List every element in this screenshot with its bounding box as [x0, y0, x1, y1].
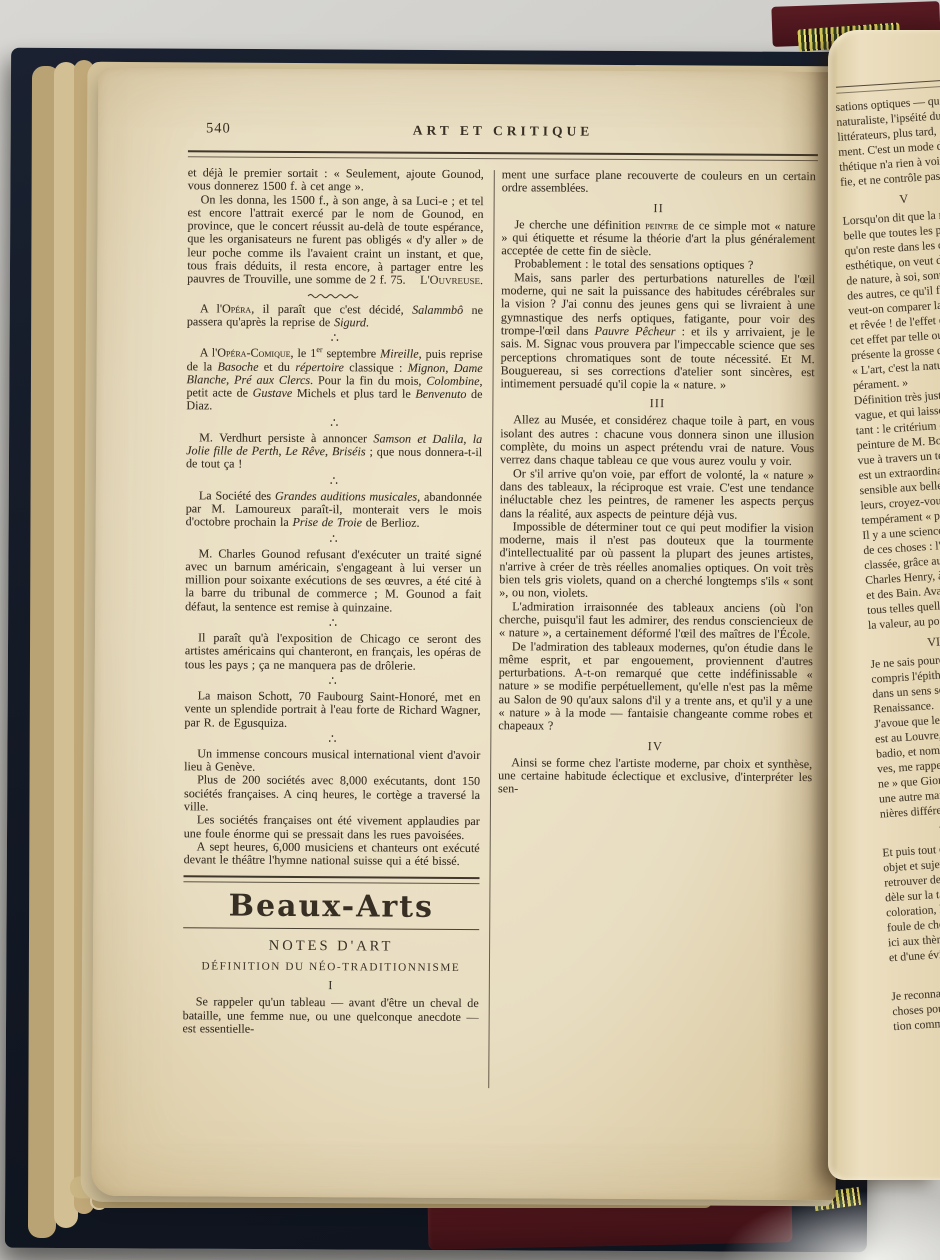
paragraph: Se rappeler qu'un tableau — avant d'être…: [183, 996, 479, 1038]
next-page: sations optiques — quinaturaliste, l'ips…: [828, 30, 940, 1180]
paragraph: Les sociétés françaises ont été vivement…: [184, 814, 480, 842]
paragraph: Ainsi se forme chez l'artiste moderne, p…: [498, 756, 812, 798]
article-title: NOTES D'ART: [183, 938, 479, 957]
squiggle-divider: [187, 291, 483, 301]
paragraph: et déjà le premier sortait : « Seulement…: [188, 166, 484, 194]
paragraph: M. Charles Gounod refusant d'exécuter un…: [185, 547, 481, 615]
paragraph: L'admiration irraisonnée des tableaux an…: [499, 600, 813, 642]
paragraph: Allez au Musée, et considérez chaque toi…: [500, 414, 814, 469]
paragraph: La Société des Grandes auditions musical…: [186, 489, 482, 531]
asterism-divider: ∴: [186, 474, 482, 487]
roman-numeral-heading: III: [500, 396, 814, 413]
header-rule: [188, 150, 818, 161]
article-subtitle: DÉFINITION DU NÉO-TRADITIONNISME: [183, 961, 479, 975]
background-highlight: [720, 1190, 940, 1260]
paragraph: ment une surface plane recouverte de cou…: [502, 168, 816, 197]
column-rule: [488, 170, 495, 1088]
paragraph: Or s'il arrive qu'on voie, par effort de…: [500, 467, 814, 522]
paragraph: A sept heures, 6,000 musiciens et chante…: [184, 840, 480, 868]
paragraph: Je cherche une définition peintre de ce …: [501, 218, 815, 260]
next-page-text: sations optiques — quinaturaliste, l'ips…: [835, 85, 940, 1034]
roman-numeral-heading: II: [502, 200, 816, 217]
asterism-divider: ∴: [186, 416, 482, 429]
paragraph: A l'Opéra-Comique, le 1er septembre Mire…: [186, 347, 482, 415]
next-page-header-rule: [836, 77, 940, 93]
asterism-divider: ∴: [185, 674, 481, 687]
section-double-rule: [183, 876, 479, 885]
paragraph: Impossible de déterminer tout ce qui peu…: [499, 520, 813, 602]
roman-numeral-heading: IV: [498, 738, 812, 755]
paragraph: Il paraît qu'à l'exposition de Chicago c…: [185, 631, 481, 673]
journal-title: ART ET CRITIQUE: [188, 121, 818, 141]
asterism-divider: ∴: [186, 532, 482, 545]
section-heading: Beaux-Arts: [183, 890, 479, 926]
paragraph: De l'admiration des tableaux modernes, q…: [498, 640, 813, 735]
asterism-divider: ∴: [187, 332, 483, 345]
photo-background: 540 ART ET CRITIQUE et déjà le premier s…: [0, 0, 940, 1260]
right-column: ment une surface plane recouverte de cou…: [498, 168, 816, 797]
paragraph: Plus de 200 sociétés avec 8,000 exécutan…: [184, 774, 480, 816]
roman-numeral-heading: I: [183, 978, 479, 995]
asterism-divider: ∴: [184, 732, 480, 745]
paragraph: A l'Opéra, il paraît que c'est décidé, S…: [187, 302, 483, 330]
left-column: et déjà le premier sortait : « Seulement…: [183, 166, 484, 1037]
asterism-divider: ∴: [185, 616, 481, 629]
paragraph: Mais, sans parler des perturbations natu…: [500, 271, 815, 393]
paragraph: M. Verdhurt persiste à annoncer Samson e…: [186, 431, 482, 473]
paragraph: Un immense concours musical internationa…: [184, 747, 480, 775]
heading-rule: [183, 928, 479, 931]
paragraph: La maison Schott, 70 Faubourg Saint-Hono…: [184, 689, 480, 731]
book-page: 540 ART ET CRITIQUE et déjà le premier s…: [92, 68, 843, 1201]
